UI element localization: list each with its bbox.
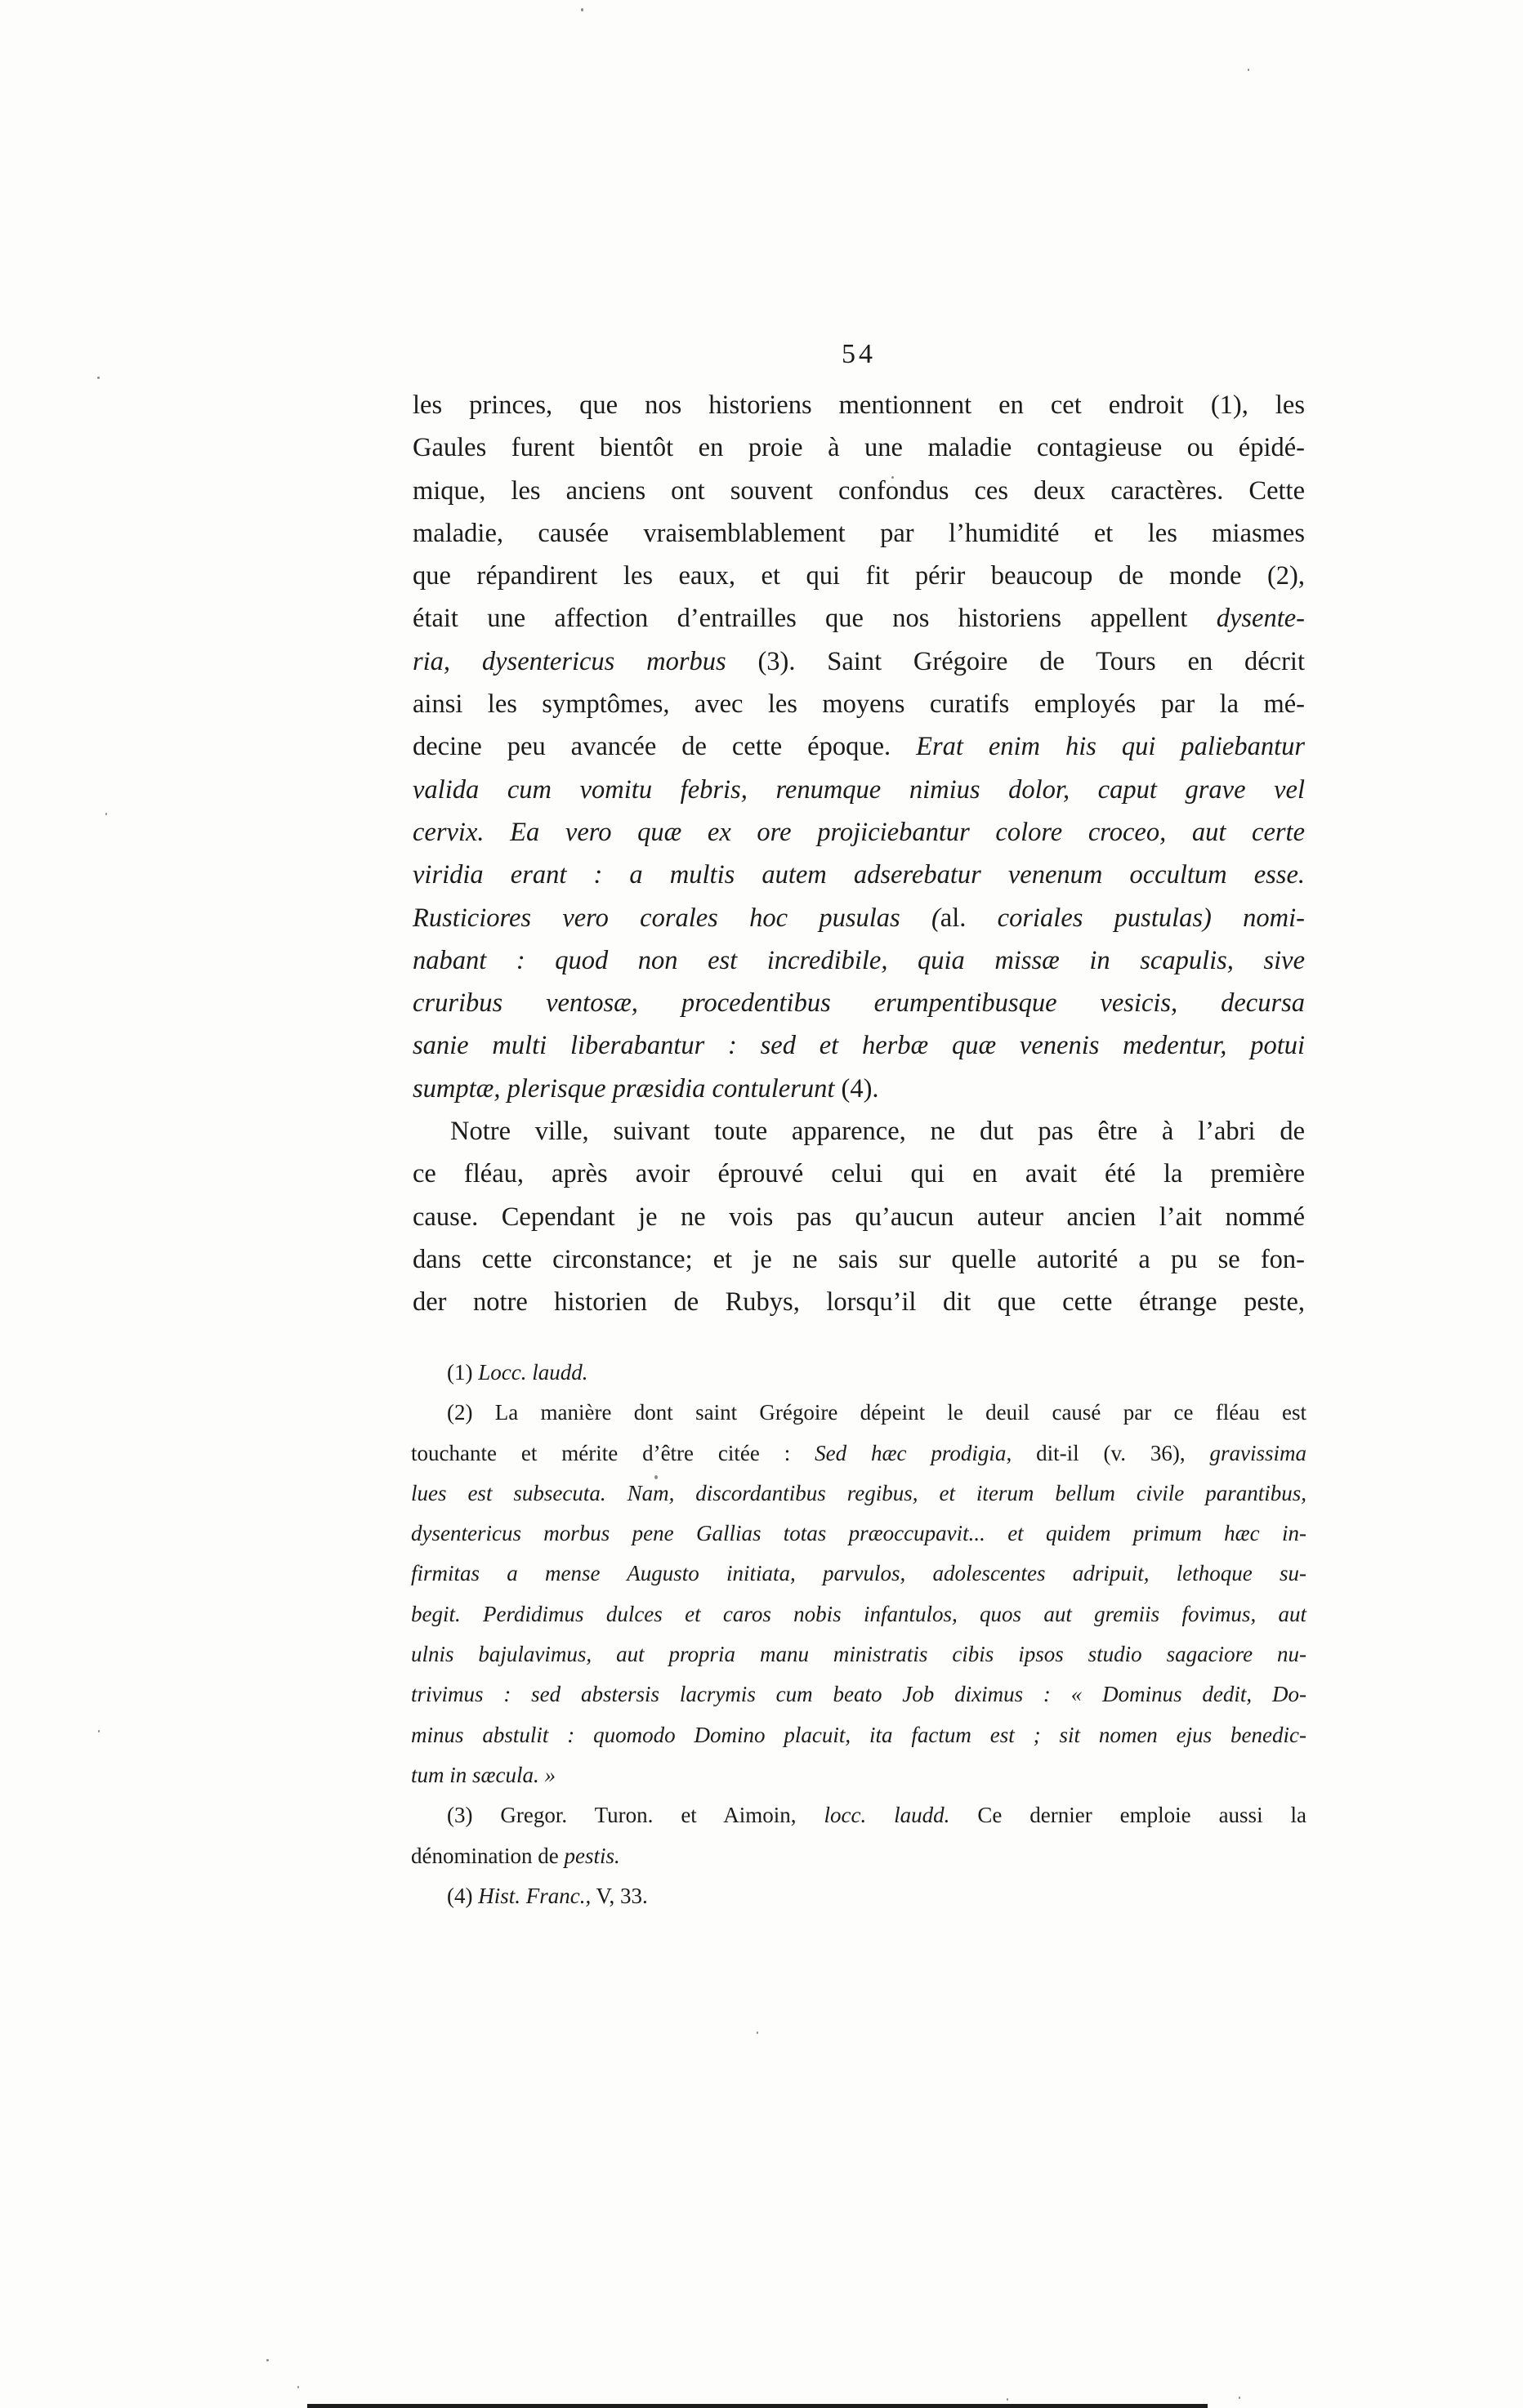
text-segment: (4)	[447, 1884, 478, 1908]
text-line: Notre ville, suivant toute apparence, ne…	[413, 1110, 1305, 1153]
text-line: (2) La manière dont saint Grégoire dépei…	[411, 1393, 1306, 1433]
latin-italic-segment: sanie multi liberabantur : sed et herbæ …	[413, 1031, 1305, 1060]
scan-speck	[297, 2386, 299, 2388]
text-segment: V, 33.	[591, 1884, 648, 1908]
latin-italic-segment: Hist. Franc.,	[478, 1884, 591, 1908]
latin-italic-segment: Rusticiores vero corales hoc pusulas (	[413, 903, 940, 933]
text-line: les princes, que nos historiens mentionn…	[413, 384, 1305, 426]
text-segment: , dit-il (v. 36),	[1006, 1441, 1209, 1465]
text-segment: der notre historien de Rubys, lorsqu’il …	[413, 1287, 1305, 1317]
text-line: cause. Cependant je ne vois pas qu’aucun…	[413, 1196, 1305, 1238]
text-line: trivimus : sed abstersis lacrymis cum be…	[411, 1674, 1306, 1715]
text-segment: dans cette circonstance; et je ne sais s…	[413, 1245, 1305, 1274]
text-segment: maladie, causée vraisemblablement par l’…	[413, 519, 1305, 548]
text-line: touchante et mérite d’être citée : Sed h…	[411, 1434, 1306, 1474]
text-segment: (3) Gregor. Turon. et Aimoin,	[447, 1803, 824, 1827]
latin-italic-segment: viridia erant : a multis autem adserebat…	[413, 860, 1305, 890]
text-line: ulnis bajulavimus, aut propria manu mini…	[411, 1634, 1306, 1674]
text-line: valida cum vomitu febris, renumque nimiu…	[413, 769, 1305, 811]
latin-italic-segment: dysente-	[1217, 604, 1305, 633]
scan-edge-line	[307, 2404, 1208, 2408]
text-segment: les princes, que nos historiens mentionn…	[413, 390, 1305, 420]
text-line: lues est subsecuta. Nam, discordantibus …	[411, 1474, 1306, 1514]
latin-italic-segment: firmitas a mense Augusto initiata, parvu…	[411, 1561, 1306, 1585]
text-line: maladie, causée vraisemblablement par l’…	[413, 512, 1305, 555]
text-segment: al.	[940, 903, 967, 933]
scan-speck	[1007, 2398, 1008, 2401]
text-line: firmitas a mense Augusto initiata, parvu…	[411, 1554, 1306, 1594]
latin-italic-segment: Locc. laudd.	[478, 1360, 587, 1385]
latin-italic-segment: nabant : quod non est incredibile, quia …	[413, 946, 1305, 975]
text-segment: touchante et mérite d’être citée :	[411, 1441, 815, 1465]
latin-italic-segment: coriales pustulas) nomi-	[966, 903, 1305, 933]
text-line: (4) Hist. Franc., V, 33.	[411, 1876, 1306, 1916]
scan-speck	[654, 1475, 658, 1479]
text-line: tum in sæcula. »	[411, 1755, 1306, 1795]
text-segment: (1)	[447, 1360, 478, 1385]
latin-italic-segment: begit. Perdidimus dulces et caros nobis …	[411, 1602, 1306, 1626]
text-line: que répandirent les eaux, et qui fit pér…	[413, 555, 1305, 597]
text-line: sanie multi liberabantur : sed et herbæ …	[413, 1024, 1305, 1067]
text-segment: dénomination de	[411, 1844, 564, 1868]
scan-speck	[1239, 2397, 1240, 2399]
text-line: viridia erant : a multis autem adserebat…	[413, 854, 1305, 896]
latin-italic-segment: cruribus ventosæ, procedentibus erumpent…	[413, 988, 1305, 1018]
text-line: ainsi les symptômes, avec les moyens cur…	[413, 683, 1305, 725]
text-segment: ainsi les symptômes, avec les moyens cur…	[413, 689, 1305, 719]
text-line: était une affection d’entrailles que nos…	[413, 597, 1305, 640]
latin-italic-segment: ulnis bajulavimus, aut propria manu mini…	[411, 1642, 1306, 1666]
text-line: mique, les anciens ont souvent confondus…	[413, 470, 1305, 512]
latin-italic-segment: gravissima	[1209, 1441, 1306, 1465]
latin-italic-segment: locc. laudd.	[824, 1803, 949, 1827]
latin-italic-segment: dysentericus morbus pene Gallias totas p…	[411, 1521, 1306, 1545]
text-segment: était une affection d’entrailles que nos…	[413, 604, 1217, 633]
main-text-block: les princes, que nos historiens mentionn…	[413, 384, 1305, 1324]
latin-italic-segment: valida cum vomitu febris, renumque nimiu…	[413, 775, 1305, 805]
text-line: sumptæ, plerisque præsidia contulerunt (…	[413, 1068, 1305, 1110]
latin-italic-segment: lues est subsecuta. Nam, discordantibus …	[411, 1481, 1306, 1505]
text-segment: ce fléau, après avoir éprouvé celui qui …	[413, 1159, 1305, 1188]
text-segment: Ce dernier emploie aussi la	[949, 1803, 1306, 1827]
text-line: decine peu avancée de cette époque. Erat…	[413, 725, 1305, 768]
text-line: cervix. Ea vero quæ ex ore projiciebantu…	[413, 811, 1305, 854]
text-line: dénomination de pestis.	[411, 1836, 1306, 1876]
text-line: ria, dysentericus morbus (3). Saint Grég…	[413, 640, 1305, 683]
page-number: 54	[413, 340, 1305, 369]
latin-italic-segment: ria, dysentericus morbus	[413, 647, 726, 676]
scan-speck	[891, 476, 894, 479]
text-segment: decine peu avancée de cette époque.	[413, 732, 916, 761]
text-line: Gaules furent bientôt en proie à une mal…	[413, 426, 1305, 469]
text-line: nabant : quod non est incredibile, quia …	[413, 939, 1305, 982]
scan-speck	[98, 1730, 100, 1732]
text-line: (3) Gregor. Turon. et Aimoin, locc. laud…	[411, 1795, 1306, 1835]
text-line: (1) Locc. laudd.	[411, 1353, 1306, 1393]
text-segment: (4).	[834, 1074, 878, 1104]
latin-italic-segment: trivimus : sed abstersis lacrymis cum be…	[411, 1682, 1306, 1706]
scan-speck	[757, 2031, 758, 2034]
text-line: der notre historien de Rubys, lorsqu’il …	[413, 1281, 1305, 1323]
text-line: ce fléau, après avoir éprouvé celui qui …	[413, 1153, 1305, 1195]
scan-speck	[1248, 69, 1249, 71]
text-line: dans cette circonstance; et je ne sais s…	[413, 1238, 1305, 1281]
latin-italic-segment: cervix. Ea vero quæ ex ore projiciebantu…	[413, 818, 1305, 847]
latin-italic-segment: tum in sæcula. »	[411, 1763, 556, 1787]
text-segment: mique, les anciens ont souvent confondus…	[413, 476, 1305, 506]
latin-italic-segment: Erat enim his qui paliebantur	[916, 732, 1305, 761]
text-segment: Gaules furent bientôt en proie à une mal…	[413, 433, 1305, 462]
text-line: minus abstulit : quomodo Domino placuit,…	[411, 1715, 1306, 1755]
text-segment: (2) La manière dont saint Grégoire dépei…	[447, 1400, 1306, 1425]
text-segment: Notre ville, suivant toute apparence, ne…	[450, 1117, 1305, 1146]
latin-italic-segment: pestis.	[564, 1844, 619, 1868]
scan-speck	[97, 377, 100, 379]
scan-speck	[266, 2359, 269, 2361]
text-line: cruribus ventosæ, procedentibus erumpent…	[413, 982, 1305, 1024]
text-line: begit. Perdidimus dulces et caros nobis …	[411, 1594, 1306, 1634]
text-line: dysentericus morbus pene Gallias totas p…	[411, 1514, 1306, 1554]
scan-speck	[581, 8, 583, 11]
text-segment: cause. Cependant je ne vois pas qu’aucun…	[413, 1202, 1305, 1232]
latin-italic-segment: Sed hæc prodigia	[815, 1441, 1006, 1465]
latin-italic-segment: minus abstulit : quomodo Domino placuit,…	[411, 1723, 1306, 1747]
text-line: Rusticiores vero corales hoc pusulas (al…	[413, 897, 1305, 939]
book-page: 54 les princes, que nos historiens menti…	[0, 0, 1523, 2408]
scan-speck	[105, 813, 107, 815]
text-segment: (3). Saint Grégoire de Tours en décrit	[726, 647, 1305, 676]
latin-italic-segment: sumptæ, plerisque præsidia contulerunt	[413, 1074, 834, 1104]
footnotes-block: (1) Locc. laudd.(2) La manière dont sain…	[411, 1353, 1306, 1916]
text-segment: que répandirent les eaux, et qui fit pér…	[413, 561, 1305, 591]
